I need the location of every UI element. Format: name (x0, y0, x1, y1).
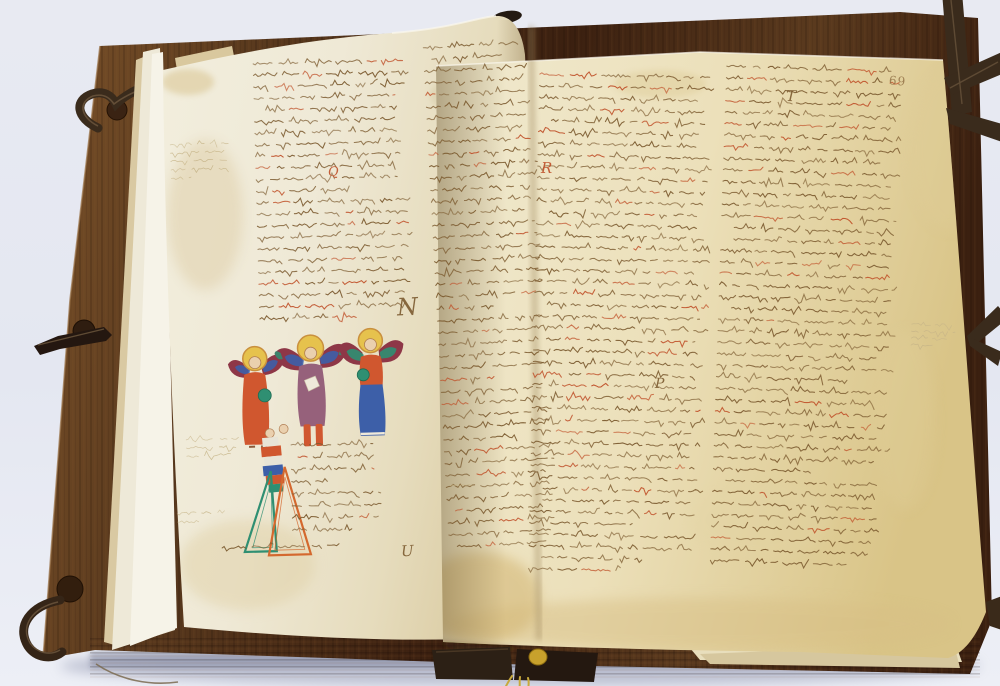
miniature-three-angels (223, 316, 414, 571)
angel-right-hem (361, 433, 385, 434)
band-1 (262, 437, 279, 447)
folio-number: 69 (888, 73, 906, 88)
angel-middle-leg-right (316, 424, 324, 446)
clasp-gold-pin (529, 649, 547, 665)
lower-figure-left-head (265, 429, 274, 438)
band-4 (263, 464, 284, 476)
angel-left-orb (258, 389, 271, 402)
angel-right-head (364, 338, 376, 350)
angel-right-skirt (358, 384, 386, 436)
clasp-leather-right (514, 649, 598, 682)
angel-left-head (249, 356, 261, 368)
band-2 (261, 445, 282, 457)
book-artwork (0, 0, 1000, 686)
angel-middle-body (297, 363, 327, 426)
photo-open-manuscript: QNURTP 69 (0, 0, 1000, 686)
right-page (420, 52, 990, 658)
angel-middle-leg-left (304, 424, 312, 446)
lower-figure-right-head (279, 424, 288, 433)
angel-right-orb (357, 369, 369, 381)
angel-right (338, 328, 406, 437)
band-3 (264, 455, 283, 466)
angel-middle-head (304, 347, 316, 359)
